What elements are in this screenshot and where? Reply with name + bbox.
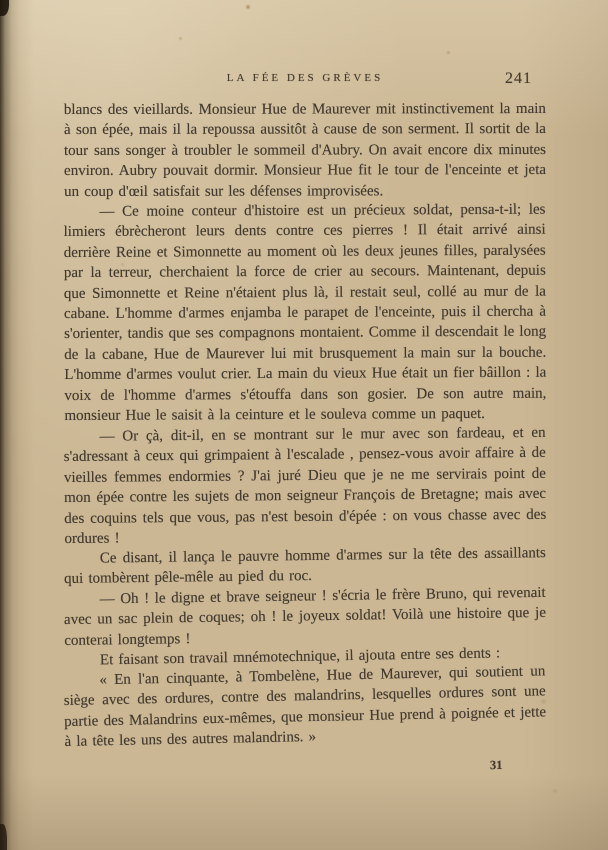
- running-header: LA FÉE DES GRÈVES 241: [64, 72, 546, 94]
- scanned-book-page: { "header": { "title": "LA FÉE DES GRÈVE…: [0, 0, 608, 850]
- page-number: 241: [505, 70, 532, 88]
- paragraph: — Ce moine conteur d'histoire est un pré…: [63, 200, 546, 427]
- paragraph: — Oh ! le digne et brave seigneur ! s'éc…: [64, 583, 547, 651]
- paragraph: « En l'an cinquante, à Tombelène, Hue de…: [63, 662, 547, 753]
- book-gutter-shadow: [0, 0, 34, 850]
- paragraph: — Or çà, dit-il, en se montrant sur le m…: [63, 422, 546, 549]
- signature-mark: 31: [490, 758, 503, 773]
- paragraph: Ce disant, il lança le pauvre homme d'ar…: [64, 543, 546, 590]
- page-text: blancs des vieillards. Monsieur Hue de M…: [64, 100, 546, 753]
- running-title: LA FÉE DES GRÈVES: [64, 72, 546, 84]
- paragraph: blancs des vieillards. Monsieur Hue de M…: [64, 99, 546, 202]
